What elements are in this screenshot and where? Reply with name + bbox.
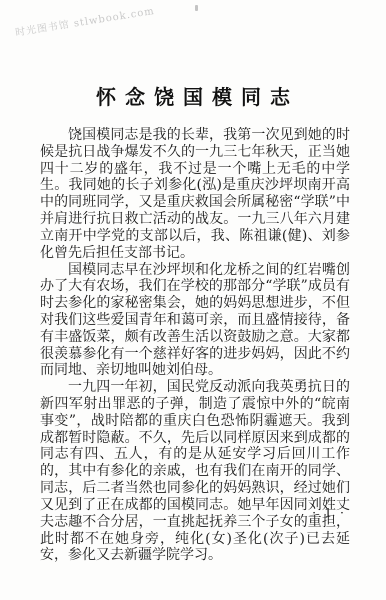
paragraph: 国模同志早在沙坪坝和化龙桥之间的红岩嘴创办了大有农场，我们在学校的那部分“学联”…: [40, 262, 350, 380]
article-body: 饶国模同志是我的长辈，我第一次见到她的时候是抗日战争爆发不久的一九三七年秋天，正…: [40, 127, 350, 564]
scan-artifact-speck: [195, 5, 198, 11]
page-title: 怀念饶国模同志: [0, 81, 386, 110]
page-number: · 1 ·: [312, 505, 346, 520]
paragraph: 饶国模同志是我的长辈，我第一次见到她的时候是抗日战争爆发不久的一九三七年秋天，正…: [40, 127, 350, 262]
paragraph: 一九四一年初，国民党反动派向我英勇抗日的新四军射出罪恶的子弹，制造了震惊中外的“…: [40, 379, 350, 564]
book-page: 时光图书馆 stlwbook.com 怀念饶国模同志 饶国模同志是我的长辈，我第…: [0, 0, 386, 600]
library-watermark: 时光图书馆 stlwbook.com: [14, 2, 155, 39]
